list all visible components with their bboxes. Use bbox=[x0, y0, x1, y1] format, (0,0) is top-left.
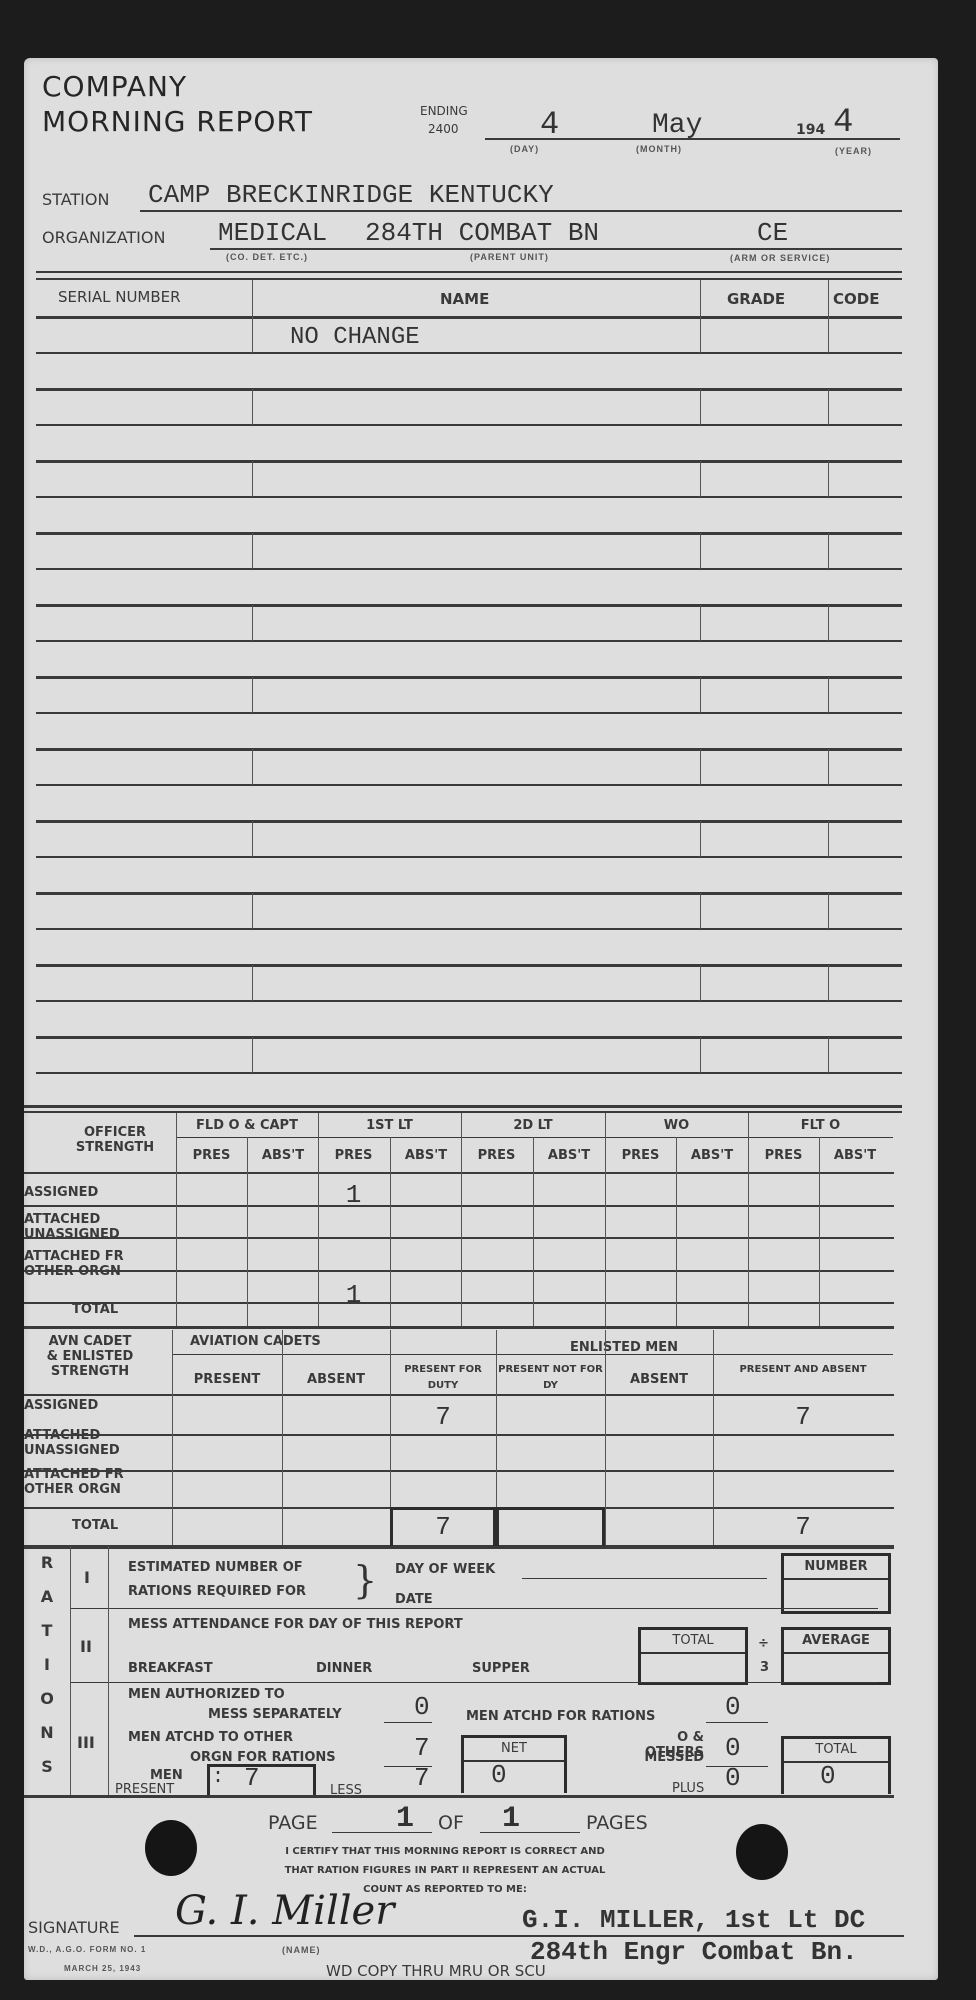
enlisted-row-rule bbox=[24, 1394, 894, 1396]
section-divider bbox=[24, 1795, 894, 1798]
enlisted-subcol-header: ABSENT bbox=[605, 1372, 713, 1388]
rations-total-value: 0 bbox=[820, 1761, 836, 1791]
officer-row-assigned: ASSIGNED bbox=[24, 1185, 98, 1200]
number-box: NUMBER bbox=[781, 1553, 891, 1614]
column-divider bbox=[252, 461, 253, 497]
enlisted-row-rule bbox=[24, 1434, 894, 1436]
personnel-header-rule bbox=[36, 316, 902, 319]
enlisted-row-attached-unassigned: ATTACHED UNASSIGNED bbox=[24, 1428, 134, 1458]
enlisted-subcol-header: PRESENT bbox=[172, 1372, 282, 1388]
brace-icon: } bbox=[353, 1558, 377, 1602]
form-title-line2: MORNING REPORT bbox=[42, 105, 313, 138]
column-divider bbox=[700, 893, 701, 929]
year-prefix: 194 bbox=[796, 122, 825, 138]
officer-group-rule bbox=[176, 1137, 893, 1138]
rations-side-letter: R bbox=[30, 1553, 64, 1572]
line bbox=[384, 1722, 432, 1723]
men-atchd-other-value: 7 bbox=[414, 1733, 430, 1763]
rations-side-letter: A bbox=[30, 1587, 64, 1606]
column-divider bbox=[828, 893, 829, 929]
pages-label: PAGES bbox=[586, 1812, 648, 1834]
organization-arm-service: CE bbox=[757, 218, 788, 248]
column-divider bbox=[533, 1137, 534, 1326]
officer-row-rule bbox=[24, 1302, 894, 1304]
rations-section-ii: II bbox=[80, 1637, 92, 1656]
personnel-row-rule bbox=[36, 820, 902, 823]
officer-subcol-pres: PRES bbox=[748, 1148, 819, 1163]
personnel-row-rule bbox=[36, 892, 902, 895]
column-divider bbox=[252, 677, 253, 713]
column-divider bbox=[700, 1037, 701, 1073]
station-underline bbox=[140, 210, 902, 212]
organization-underline bbox=[210, 248, 902, 250]
column-divider bbox=[252, 533, 253, 569]
line bbox=[480, 1832, 580, 1833]
column-divider bbox=[676, 1137, 677, 1326]
officer-subcol-abst: ABS'T bbox=[819, 1148, 891, 1163]
net-box: NET bbox=[461, 1735, 567, 1793]
page-label: PAGE bbox=[268, 1812, 318, 1834]
personnel-row-rule bbox=[36, 676, 902, 679]
men-authorized-l2: MESS SEPARATELY bbox=[208, 1707, 342, 1722]
men-authorized-l1: MEN AUTHORIZED TO bbox=[128, 1687, 285, 1702]
column-divider bbox=[700, 605, 701, 641]
officer-group-header: WO bbox=[605, 1118, 748, 1133]
section-divider bbox=[24, 1105, 902, 1108]
line bbox=[706, 1722, 768, 1723]
year-caption: (YEAR) bbox=[835, 146, 872, 156]
station-value: CAMP BRECKINRIDGE KENTUCKY bbox=[148, 180, 554, 210]
personnel-row-rule bbox=[36, 424, 902, 426]
column-divider bbox=[828, 821, 829, 857]
personnel-row-rule bbox=[36, 352, 902, 354]
enlisted-row-total: TOTAL bbox=[72, 1518, 118, 1533]
column-divider bbox=[252, 965, 253, 1001]
form-title-line1: COMPANY bbox=[42, 70, 187, 103]
officer-cell-value: 1 bbox=[318, 1280, 389, 1310]
column-divider bbox=[700, 461, 701, 497]
column-divider bbox=[828, 749, 829, 785]
personnel-row-rule bbox=[36, 928, 902, 930]
personnel-row-rule bbox=[36, 1036, 902, 1039]
officer-row-total: TOTAL bbox=[72, 1302, 118, 1317]
officer-group-header: 2D LT bbox=[461, 1118, 605, 1133]
section-divider bbox=[24, 1111, 902, 1113]
officer-group-header: FLD O & CAPT bbox=[176, 1118, 318, 1133]
organization-parent-unit: 284TH COMBAT BN bbox=[365, 218, 599, 248]
net-value: 0 bbox=[491, 1760, 507, 1790]
rations-section-rule bbox=[70, 1682, 878, 1683]
rations-side-letter: I bbox=[30, 1655, 64, 1674]
divide-icon: ÷ bbox=[758, 1636, 769, 1651]
personnel-row-rule bbox=[36, 712, 902, 714]
rations-required-label: RATIONS REQUIRED FOR bbox=[128, 1584, 306, 1599]
column-divider bbox=[828, 389, 829, 425]
group-enlisted-men: ENLISTED MEN bbox=[570, 1340, 678, 1355]
printed-unit: 284th Engr Combat Bn. bbox=[530, 1937, 858, 1967]
column-divider bbox=[176, 1113, 177, 1326]
personnel-row-rule bbox=[36, 1000, 902, 1002]
column-divider bbox=[252, 317, 253, 353]
rations-side-letter: S bbox=[30, 1757, 64, 1776]
supper-label: SUPPER bbox=[472, 1661, 530, 1676]
colon-mark: : bbox=[212, 1766, 224, 1789]
officer-subcol-pres: PRES bbox=[461, 1148, 532, 1163]
rations-column-divider bbox=[70, 1546, 71, 1795]
men-atchd-for-rations-value: 0 bbox=[725, 1692, 741, 1722]
breakfast-label: BREAKFAST bbox=[128, 1661, 213, 1676]
punch-hole-left bbox=[145, 1820, 197, 1876]
officer-subcol-pres: PRES bbox=[605, 1148, 676, 1163]
mess-separately-value: 0 bbox=[414, 1692, 430, 1722]
section-divider bbox=[24, 1546, 894, 1549]
enlisted-subcol-header: ABSENT bbox=[282, 1372, 390, 1388]
section-divider bbox=[24, 1326, 894, 1329]
personnel-row-rule bbox=[36, 568, 902, 570]
personnel-row-rule bbox=[36, 388, 902, 391]
column-divider bbox=[700, 389, 701, 425]
col-serial-number: SERIAL NUMBER bbox=[58, 288, 181, 306]
personnel-row-rule bbox=[36, 496, 902, 498]
group-aviation-cadets: AVIATION CADETS bbox=[190, 1334, 321, 1349]
dinner-label: DINNER bbox=[316, 1661, 372, 1676]
col-grade: GRADE bbox=[727, 290, 785, 308]
personnel-row-rule bbox=[36, 784, 902, 786]
date-label: DATE bbox=[395, 1592, 433, 1607]
form-date: MARCH 25, 1943 bbox=[64, 1964, 141, 1973]
officer-subcol-abst: ABS'T bbox=[390, 1148, 462, 1163]
enlisted-cell-value: 7 bbox=[713, 1512, 893, 1542]
officer-row-rule bbox=[24, 1172, 894, 1174]
rations-section-rule bbox=[70, 1608, 878, 1609]
enlisted-row-rule bbox=[24, 1470, 894, 1472]
column-divider bbox=[605, 1113, 606, 1326]
ending-time: 2400 bbox=[428, 122, 459, 136]
column-divider bbox=[819, 1137, 820, 1326]
others-messed-l2: MESSED bbox=[614, 1750, 704, 1765]
column-divider bbox=[172, 1330, 173, 1545]
column-divider bbox=[828, 317, 829, 353]
personnel-row-rule bbox=[36, 532, 902, 535]
printed-name: G.I. MILLER, 1st Lt DC bbox=[522, 1905, 865, 1935]
rations-total-box: TOTAL bbox=[781, 1736, 891, 1794]
column-divider bbox=[828, 1037, 829, 1073]
ending-label: ENDING bbox=[420, 104, 468, 118]
column-divider bbox=[252, 280, 253, 317]
officer-subcol-abst: ABS'T bbox=[676, 1148, 748, 1163]
column-divider bbox=[713, 1330, 714, 1545]
day-of-week-label: DAY OF WEEK bbox=[395, 1562, 495, 1577]
total-highlight-box bbox=[390, 1507, 496, 1549]
men-atchd-other-l1: MEN ATCHD TO OTHER bbox=[128, 1730, 293, 1745]
column-divider bbox=[282, 1330, 283, 1545]
rations-section-iii: III bbox=[77, 1733, 95, 1752]
signature-label: SIGNATURE bbox=[28, 1918, 120, 1937]
column-divider bbox=[700, 677, 701, 713]
personnel-row-rule bbox=[36, 640, 902, 642]
day-of-week-line bbox=[522, 1578, 767, 1579]
column-divider bbox=[828, 965, 829, 1001]
officer-group-header: FLT O bbox=[748, 1118, 893, 1133]
column-divider bbox=[318, 1113, 319, 1326]
enlisted-cell-value: 7 bbox=[713, 1402, 893, 1432]
men-atchd-for-rations-label: MEN ATCHD FOR RATIONS bbox=[466, 1709, 655, 1724]
rations-side-letter: T bbox=[30, 1621, 64, 1640]
others-messed-value: 0 bbox=[725, 1733, 741, 1763]
column-divider bbox=[828, 677, 829, 713]
divide-by-value: 3 bbox=[760, 1660, 769, 1675]
organization-unit: MEDICAL bbox=[218, 218, 327, 248]
organization-label: ORGANIZATION bbox=[42, 228, 165, 247]
men-present-value: 7 bbox=[244, 1763, 260, 1793]
line bbox=[332, 1832, 432, 1833]
column-divider bbox=[252, 389, 253, 425]
column-divider bbox=[461, 1113, 462, 1326]
personnel-row-rule bbox=[36, 748, 902, 751]
col-code: CODE bbox=[833, 290, 879, 308]
unit-caption: (CO. DET. ETC.) bbox=[226, 252, 308, 262]
estimated-number-label: ESTIMATED NUMBER OF bbox=[128, 1560, 303, 1575]
mess-average-box: AVERAGE bbox=[781, 1627, 891, 1685]
of-label: OF bbox=[438, 1812, 464, 1834]
officer-group-header: 1ST LT bbox=[318, 1118, 461, 1133]
enlisted-row-assigned: ASSIGNED bbox=[24, 1398, 98, 1413]
enlisted-cell-value: 7 bbox=[390, 1402, 496, 1432]
men-atchd-other-l2: ORGN FOR RATIONS bbox=[190, 1750, 336, 1765]
report-month: May bbox=[652, 110, 702, 141]
enlisted-subcol-header: PRESENT NOT FOR DY bbox=[496, 1362, 605, 1394]
column-divider bbox=[700, 965, 701, 1001]
enlisted-group-rule bbox=[172, 1354, 893, 1355]
enlisted-subcol-header: PRESENT AND ABSENT bbox=[713, 1362, 893, 1378]
name-caption: (NAME) bbox=[282, 1945, 321, 1955]
page-total: 1 bbox=[502, 1802, 520, 1836]
signature-handwritten: G. I. Miller bbox=[175, 1888, 394, 1934]
page-number: 1 bbox=[396, 1802, 414, 1836]
column-divider bbox=[252, 893, 253, 929]
personnel-entry-name: NO CHANGE bbox=[290, 324, 420, 351]
officer-subcol-abst: ABS'T bbox=[533, 1148, 605, 1163]
officer-row-attached-fr-other: ATTACHED FR OTHER ORGN bbox=[24, 1249, 134, 1279]
col-name: NAME bbox=[440, 290, 489, 308]
officer-row-rule bbox=[24, 1270, 894, 1272]
enlisted-subcol-header: PRESENT FOR DUTY bbox=[390, 1362, 496, 1394]
officer-row-rule bbox=[24, 1237, 894, 1239]
parent-caption: (PARENT UNIT) bbox=[470, 252, 549, 262]
personnel-row-rule bbox=[36, 856, 902, 858]
month-caption: (MONTH) bbox=[636, 144, 682, 154]
officer-subcol-pres: PRES bbox=[318, 1148, 389, 1163]
personnel-row-rule bbox=[36, 460, 902, 463]
rations-side-letter: N bbox=[30, 1723, 64, 1742]
divider bbox=[36, 271, 902, 273]
mess-attendance-label: MESS ATTENDANCE FOR DAY OF THIS REPORT bbox=[128, 1617, 463, 1632]
column-divider bbox=[605, 1330, 606, 1545]
plus-value: 0 bbox=[725, 1763, 741, 1793]
column-divider bbox=[252, 605, 253, 641]
report-day: 4 bbox=[540, 106, 559, 143]
column-divider bbox=[700, 821, 701, 857]
arm-caption: (ARM OR SERVICE) bbox=[730, 253, 830, 263]
total-highlight-box bbox=[496, 1507, 605, 1549]
plus-label: PLUS bbox=[672, 1781, 704, 1796]
column-divider bbox=[700, 317, 701, 353]
column-divider bbox=[748, 1113, 749, 1326]
rations-section-i: I bbox=[84, 1568, 90, 1587]
divider bbox=[36, 278, 902, 280]
column-divider bbox=[700, 749, 701, 785]
officer-subcol-pres: PRES bbox=[176, 1148, 247, 1163]
column-divider bbox=[700, 280, 701, 317]
column-divider bbox=[828, 533, 829, 569]
column-divider bbox=[252, 1037, 253, 1073]
day-caption: (DAY) bbox=[510, 144, 539, 154]
column-divider bbox=[252, 821, 253, 857]
rations-side-letter: O bbox=[30, 1689, 64, 1708]
column-divider bbox=[828, 461, 829, 497]
column-divider bbox=[390, 1137, 391, 1326]
men-present-l1: MEN bbox=[150, 1768, 183, 1783]
column-divider bbox=[247, 1137, 248, 1326]
column-divider bbox=[828, 605, 829, 641]
column-divider bbox=[252, 749, 253, 785]
column-divider bbox=[700, 533, 701, 569]
less-value: 7 bbox=[414, 1763, 430, 1793]
rations-column-divider bbox=[108, 1546, 109, 1795]
station-label: STATION bbox=[42, 190, 109, 209]
personnel-row-rule bbox=[36, 964, 902, 967]
report-year-digit: 4 bbox=[833, 104, 853, 142]
punch-hole-right bbox=[736, 1824, 788, 1880]
officer-strength-title: OFFICERSTRENGTH bbox=[55, 1125, 175, 1155]
mess-total-box: TOTAL bbox=[638, 1627, 748, 1685]
officer-row-rule bbox=[24, 1205, 894, 1207]
personnel-row-rule bbox=[36, 604, 902, 607]
copy-note: WD COPY THRU MRU OR SCU bbox=[326, 1962, 546, 1980]
officer-subcol-abst: ABS'T bbox=[247, 1148, 319, 1163]
enlisted-strength-title: AVN CADET& ENLISTEDSTRENGTH bbox=[30, 1334, 150, 1379]
personnel-row-rule bbox=[36, 1072, 902, 1074]
form-number: W.D., A.G.O. FORM NO. 1 bbox=[28, 1945, 146, 1954]
column-divider bbox=[828, 280, 829, 317]
